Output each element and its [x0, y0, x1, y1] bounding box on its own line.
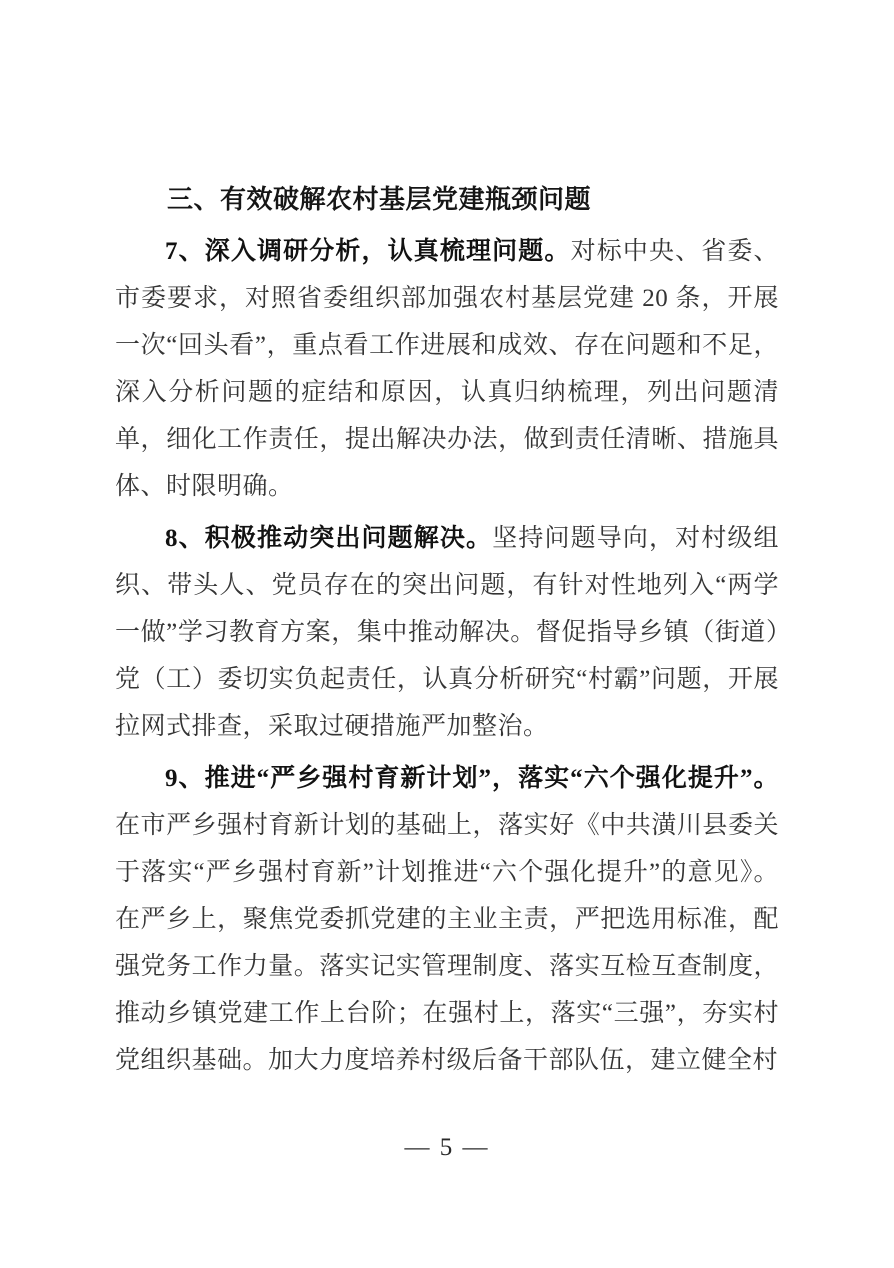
- paragraph-8: 8、积极推动突出问题解决。坚持问题导向，对村级组织、带头人、党员存在的突出问题，…: [115, 515, 779, 750]
- paragraph-8-lead: 8、积极推动突出问题解决。: [165, 525, 492, 552]
- paragraph-9-lead: 9、推进“严乡强村育新计划”，落实“六个强化提升”。: [165, 765, 779, 792]
- section-heading: 三、有效破解农村基层党建瓶颈问题: [115, 176, 779, 223]
- paragraph-9: 9、推进“严乡强村育新计划”，落实“六个强化提升”。在市严乡强村育新计划的基础上…: [115, 755, 779, 1084]
- page-number: — 5 —: [0, 1130, 894, 1166]
- paragraph-8-body: 坚持问题导向，对村级组织、带头人、党员存在的突出问题，有针对性地列入“两学一做”…: [115, 525, 779, 740]
- paragraph-7-body: 对标中央、省委、市委要求，对照省委组织部加强农村基层党建 20 条，开展一次“回…: [115, 238, 779, 500]
- document-content: 三、有效破解农村基层党建瓶颈问题 7、深入调研分析，认真梳理问题。对标中央、省委…: [115, 176, 779, 1084]
- paragraph-7: 7、深入调研分析，认真梳理问题。对标中央、省委、市委要求，对照省委组织部加强农村…: [115, 228, 779, 510]
- paragraph-7-lead: 7、深入调研分析，认真梳理问题。: [165, 238, 571, 265]
- document-page: 三、有效破解农村基层党建瓶颈问题 7、深入调研分析，认真梳理问题。对标中央、省委…: [0, 0, 894, 1268]
- paragraph-9-body: 在市严乡强村育新计划的基础上，落实好《中共潢川县委关于落实“严乡强村育新”计划推…: [115, 812, 779, 1074]
